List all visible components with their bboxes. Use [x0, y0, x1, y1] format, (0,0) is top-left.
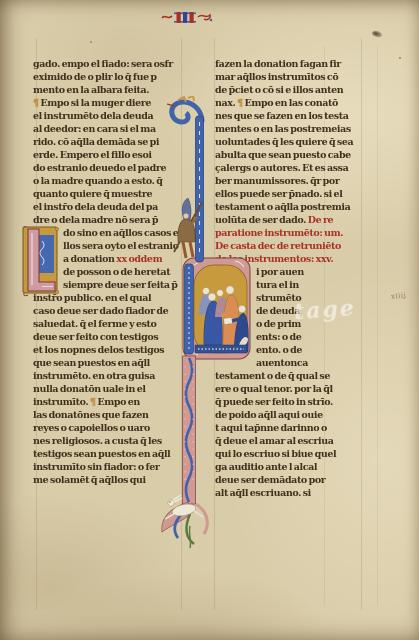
text-line: eximido de o plir lo q̄ fue p	[33, 71, 183, 84]
initial-L-icon	[20, 223, 60, 297]
body-text: do estranio deuedo el padre	[33, 163, 166, 174]
body-text: al deedor: en cara si el ma	[33, 124, 156, 135]
body-text: instrumīto sin fiador: o fer	[33, 462, 159, 473]
body-text: ents: o de	[256, 332, 301, 343]
body-text: reyes o capoiellos o uaro	[33, 423, 150, 434]
body-text: instrumēto. en otra guisa	[33, 371, 155, 382]
body-text: Empo en	[97, 397, 140, 408]
body-text: o la madre quando a esto. q̄	[33, 176, 163, 187]
body-text: auentonca	[256, 358, 308, 369]
speck	[90, 41, 92, 43]
body-text: mento en la albara feita.	[33, 85, 149, 96]
body-text: i por auen	[256, 267, 304, 278]
manuscript-page: gado. empo el fiado: sera osfreximido de…	[0, 0, 419, 640]
body-text: tura el in	[256, 280, 299, 291]
body-text: eximido de o plir lo q̄ fue p	[33, 72, 157, 83]
body-text: rido. cō aq̄lla demāda se pi	[33, 137, 159, 148]
text-line: fazen la donation fagan fir	[215, 58, 364, 71]
decorated-initial-L	[20, 223, 60, 297]
watermark-text: tage	[293, 295, 356, 325]
marginal-ornament	[150, 96, 260, 552]
header-numeral-ornament	[160, 9, 214, 26]
body-text: saluedat. q̄ el ferme y esto	[33, 319, 156, 330]
ink-smudge	[371, 30, 382, 39]
body-text: a donation	[63, 254, 116, 265]
body-text: caso deue ser dado fiador de	[33, 306, 168, 317]
rubric-text: De re	[308, 215, 333, 226]
body-text: instrumīto.	[33, 397, 90, 408]
body-text: mar aq̄llos instrumītos cō	[215, 72, 338, 83]
initial-tail	[183, 356, 196, 504]
body-text: et los nopnes delos testigos	[33, 345, 164, 356]
body-text: nulla donatōn uale in el	[33, 384, 146, 395]
numeral-iii-icon	[160, 9, 214, 26]
body-text: gado. empo el fiado: sera osfr	[33, 59, 173, 70]
body-text: las donatōnes que fazen	[33, 410, 148, 421]
ruling-line	[377, 46, 378, 606]
body-text: erde. Empero el fillo esoi	[33, 150, 152, 161]
text-line: gado. empo el fiado: sera osfr	[33, 58, 183, 71]
speck	[399, 57, 401, 59]
body-text: me solamēt q̄ aq̄llos qui	[33, 475, 146, 486]
text-line: mar aq̄llos instrumītos cō	[215, 71, 364, 84]
body-text: ento. o de	[256, 345, 302, 356]
body-text: el instrumēto dela deuda	[33, 111, 153, 122]
body-text: que sean puestos en aq̄ll	[33, 358, 150, 369]
body-text: fazen la donation fagan fir	[215, 59, 341, 70]
marginal-ornament-icon	[150, 96, 260, 552]
margin-note: xiiij	[391, 291, 407, 301]
body-text: de p̄ciet o cō si e illos anten	[215, 85, 343, 96]
body-text: nes religiosos. a custa q̄ les	[33, 436, 162, 447]
body-text: Empo si la muger diere	[40, 98, 151, 109]
body-text: deue ser feito con testigos	[33, 332, 158, 343]
body-text: quanto quiere q̄ muestre	[33, 189, 152, 200]
body-text: el instr̄o dela deuda del pa	[33, 202, 158, 213]
